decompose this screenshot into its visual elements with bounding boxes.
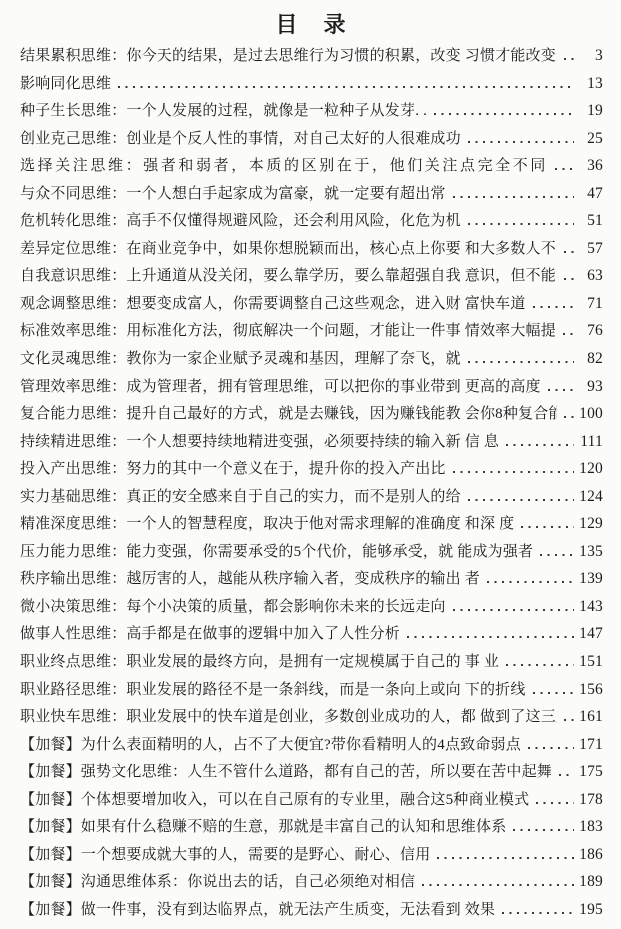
- dot-leader: [487, 581, 574, 583]
- entry-title: 【加餐】沟通思维体系：你说出去的话，自己必须绝对相信: [20, 869, 415, 897]
- dot-leader: [434, 113, 574, 115]
- dot-leader: [453, 609, 574, 611]
- toc-entry: 管理效率思维：成为管理者，拥有管理思维，可以把你的事业带到 更高的高度 93: [20, 373, 603, 401]
- page-title: 目 录: [20, 10, 603, 40]
- entry-page-number: 147: [579, 620, 603, 648]
- entry-page-number: 19: [579, 97, 603, 125]
- entry-title: 职业路径思维：职业发展的路径不是一条斜线，而是一条向上或向 下的折线: [20, 677, 526, 705]
- entry-title: 影响同化思维: [20, 71, 111, 99]
- entry-title: 【加餐】如果有什么稳赚不赔的生意，那就是丰富自己的认知和思维体系: [20, 814, 506, 842]
- toc-entry: 压力能力思维：能力变强，你需要承受的5个代价，能够承受，就 能成为强者 135: [20, 538, 603, 566]
- entry-title: 实力基础思维：真正的安全感来自于自己的实力，而不是别人的给: [20, 484, 461, 512]
- entry-title: 做事人性思维：高手都是在做事的逻辑中加入了人性分析: [20, 621, 400, 649]
- entry-title: 创业克己思维：创业是个反人性的事情，对自己太好的人很难成功: [20, 126, 461, 154]
- entry-page-number: 143: [579, 593, 603, 621]
- entry-title: 选择关注思维：强者和弱者，本质的区别在于，他们关注点完全不同: [20, 153, 548, 181]
- dot-leader: [563, 333, 574, 335]
- entry-title: 自我意识思维：上升通道从没关闭，要么靠学历，要么靠超强自我 意识，但不能没有: [20, 263, 557, 291]
- dot-leader: [564, 278, 574, 280]
- entry-page-number: 195: [579, 896, 603, 924]
- dot-leader: [468, 223, 574, 225]
- entry-page-number: 36: [579, 152, 603, 180]
- dot-leader: [533, 692, 574, 694]
- toc-entry: 差异定位思维：在商业竞争中，如果你想脱颖而出，核心点上你要 和大多数人不一样 5…: [20, 235, 603, 263]
- entry-page-number: 13: [579, 70, 603, 98]
- toc-entry: 影响同化思维 13: [20, 70, 603, 98]
- toc-entry: 【加餐】做一件事，没有到达临界点，就无法产生质变，无法看到 效果 195: [20, 896, 603, 924]
- dot-leader: [564, 719, 574, 721]
- dot-leader: [533, 306, 574, 308]
- dot-leader: [555, 168, 574, 170]
- toc-entry: 【加餐】如果有什么稳赚不赔的生意，那就是丰富自己的认知和思维体系 183: [20, 813, 603, 841]
- toc-entry: 【加餐】为什么表面精明的人，占不了大便宜?带你看精明人的4点致命弱点 171: [20, 731, 603, 759]
- dot-leader: [453, 471, 574, 473]
- entry-page-number: 63: [579, 262, 603, 290]
- entry-title: 职业终点思维：职业发展的最终方向，是拥有一定规模属于自己的 事 业: [20, 649, 499, 677]
- entry-page-number: 100: [579, 400, 603, 428]
- entry-page-number: 93: [579, 373, 603, 401]
- toc-entry: 精准深度思维：一个人的智慧程度，取决于他对需求理解的准确度 和深 度 129: [20, 510, 603, 538]
- entry-title: 管理效率思维：成为管理者，拥有管理思维，可以把你的事业带到 更高的高度: [20, 374, 541, 402]
- toc-entry: 职业路径思维：职业发展的路径不是一条斜线，而是一条向上或向 下的折线 156: [20, 676, 603, 704]
- toc-entry: 实力基础思维：真正的安全感来自于自己的实力，而不是别人的给 124: [20, 483, 603, 511]
- entry-page-number: 51: [579, 207, 603, 235]
- dot-leader: [118, 86, 574, 88]
- dot-leader: [506, 664, 574, 666]
- entry-page-number: 124: [579, 483, 603, 511]
- toc-entry: 标准效率思维：用标准化方法，彻底解决一个问题，才能让一件事 情效率大幅提 76: [20, 317, 603, 345]
- toc-entry: 投入产出思维：努力的其中一个意义在于，提升你的投入产出比 120: [20, 455, 603, 483]
- entry-page-number: 156: [579, 676, 603, 704]
- entry-page-number: 139: [579, 565, 603, 593]
- entry-title: 【加餐】强势文化思维：人生不管什么道路，都有自己的苦，所以要在苦中起舞: [20, 759, 552, 787]
- entry-title: 【加餐】一个想要成就大事的人，需要的是野心、耐心、信用: [20, 842, 430, 870]
- dot-leader: [540, 554, 574, 556]
- toc-entry: 自我意识思维：上升通道从没关闭，要么靠学历，要么靠超强自我 意识，但不能没有 6…: [20, 262, 603, 290]
- entry-page-number: 135: [579, 538, 603, 566]
- toc-entry: 文化灵魂思维：教你为一家企业赋予灵魂和基因，理解了奈飞，就 82: [20, 345, 603, 373]
- entry-page-number: 129: [579, 510, 603, 538]
- dot-leader: [528, 747, 574, 749]
- toc-entry: 【加餐】强势文化思维：人生不管什么道路，都有自己的苦，所以要在苦中起舞 175: [20, 758, 603, 786]
- entry-title: 与众不同思维：一个人想白手起家成为富豪，就一定要有超出常: [20, 181, 446, 209]
- entry-page-number: 120: [579, 455, 603, 483]
- dot-leader: [521, 526, 574, 528]
- entry-page-number: 57: [579, 235, 603, 263]
- toc-entry: 职业终点思维：职业发展的最终方向，是拥有一定规模属于自己的 事 业 151: [20, 648, 603, 676]
- entry-page-number: 47: [579, 180, 603, 208]
- entry-page-number: 76: [579, 317, 603, 345]
- entry-page-number: 175: [579, 758, 603, 786]
- toc-entry: 秩序输出思维：越厉害的人，越能从秩序输入者，变成秩序的输出 者 139: [20, 565, 603, 593]
- dot-leader: [536, 802, 574, 804]
- dot-leader: [506, 444, 574, 446]
- entry-page-number: 82: [579, 345, 603, 373]
- entry-title: 精准深度思维：一个人的智慧程度，取决于他对需求理解的准确度 和深 度: [20, 511, 514, 539]
- entry-title: 种子生长思维：一个人发展的过程，就像是一粒种子从发芽. .: [20, 98, 427, 126]
- entry-page-number: 111: [579, 428, 603, 456]
- toc-entry: 做事人性思维：高手都是在做事的逻辑中加入了人性分析 147: [20, 620, 603, 648]
- toc-entry: 与众不同思维：一个人想白手起家成为富豪，就一定要有超出常 47: [20, 180, 603, 208]
- toc-entry: 复合能力思维：提升自己最好的方式，就是去赚钱，因为赚钱能教 会你8种复合能力 1…: [20, 400, 603, 428]
- entry-title: 【加餐】为什么表面精明的人，占不了大便宜?带你看精明人的4点致命弱点: [20, 732, 521, 760]
- entry-page-number: 186: [579, 841, 603, 869]
- dot-leader: [513, 829, 574, 831]
- entry-title: 持续精进思维：一个人想要持续地精进变强，必须要持续的输入新 信 息: [20, 429, 499, 457]
- entry-title: 压力能力思维：能力变强，你需要承受的5个代价，能够承受，就 能成为强者: [20, 539, 533, 567]
- toc-entry: 【加餐】个体想要增加收入，可以在自己原有的专业里，融合这5种商业模式 178: [20, 786, 603, 814]
- entry-page-number: 25: [579, 125, 603, 153]
- toc-entry: 【加餐】一个想要成就大事的人，需要的是野心、耐心、信用 186: [20, 841, 603, 869]
- dot-leader: [564, 416, 574, 418]
- toc-list: 结果累积思维：你今天的结果，是过去思维行为习惯的积累，改变 习惯才能改变未来 3…: [20, 42, 603, 924]
- entry-title: 投入产出思维：努力的其中一个意义在于，提升你的投入产出比: [20, 456, 446, 484]
- dot-leader: [468, 141, 574, 143]
- dot-leader: [468, 361, 574, 363]
- entry-title: 文化灵魂思维：教你为一家企业赋予灵魂和基因，理解了奈飞，就: [20, 346, 461, 374]
- toc-entry: 选择关注思维：强者和弱者，本质的区别在于，他们关注点完全不同 36: [20, 152, 603, 180]
- toc-entry: 持续精进思维：一个人想要持续地精进变强，必须要持续的输入新 信 息 111: [20, 428, 603, 456]
- entry-title: 观念调整思维：想要变成富人，你需要调整自己这些观念，进入财 富快车道: [20, 291, 526, 319]
- dot-leader: [468, 499, 574, 501]
- dot-leader: [453, 196, 574, 198]
- entry-page-number: 151: [579, 648, 603, 676]
- entry-page-number: 178: [579, 786, 603, 814]
- dot-leader: [548, 389, 574, 391]
- dot-leader: [422, 884, 574, 886]
- entry-title: 危机转化思维：高手不仅懂得规避风险，还会利用风险，化危为机: [20, 208, 461, 236]
- dot-leader: [407, 636, 574, 638]
- entry-title: 秩序输出思维：越厉害的人，越能从秩序输入者，变成秩序的输出 者: [20, 566, 480, 594]
- dot-leader: [564, 58, 574, 60]
- entry-title: 标准效率思维：用标准化方法，彻底解决一个问题，才能让一件事 情效率大幅提: [20, 318, 556, 346]
- toc-entry: 观念调整思维：想要变成富人，你需要调整自己这些观念，进入财 富快车道 71: [20, 290, 603, 318]
- entry-title: 微小决策思维：每个小决策的质量，都会影响你未来的长远走向: [20, 594, 446, 622]
- toc-entry: 职业快车思维：职业发展中的快车道是创业，多数创业成功的人，都 做到了这三点 16…: [20, 703, 603, 731]
- toc-page: 目 录 结果累积思维：你今天的结果，是过去思维行为习惯的积累，改变 习惯才能改变…: [0, 0, 621, 929]
- toc-entry: 危机转化思维：高手不仅懂得规避风险，还会利用风险，化危为机 51: [20, 207, 603, 235]
- toc-entry: 创业克己思维：创业是个反人性的事情，对自己太好的人很难成功 25: [20, 125, 603, 153]
- entry-page-number: 171: [579, 731, 603, 759]
- entry-title: 复合能力思维：提升自己最好的方式，就是去赚钱，因为赚钱能教 会你8种复合能力: [20, 401, 557, 429]
- entry-page-number: 189: [579, 868, 603, 896]
- dot-leader: [564, 251, 574, 253]
- entry-page-number: 161: [579, 703, 603, 731]
- dot-leader: [559, 774, 574, 776]
- entry-page-number: 3: [579, 42, 603, 70]
- entry-title: 差异定位思维：在商业竞争中，如果你想脱颖而出，核心点上你要 和大多数人不一样: [20, 236, 557, 264]
- entry-page-number: 183: [579, 813, 603, 841]
- entry-title: 【加餐】个体想要增加收入，可以在自己原有的专业里，融合这5种商业模式: [20, 787, 529, 815]
- entry-title: 职业快车思维：职业发展中的快车道是创业，多数创业成功的人，都 做到了这三点: [20, 704, 557, 732]
- entry-title: 结果累积思维：你今天的结果，是过去思维行为习惯的积累，改变 习惯才能改变未来: [20, 43, 557, 71]
- dot-leader: [437, 857, 574, 859]
- dot-leader: [502, 912, 574, 914]
- toc-entry: 结果累积思维：你今天的结果，是过去思维行为习惯的积累，改变 习惯才能改变未来 3: [20, 42, 603, 70]
- toc-entry: 种子生长思维：一个人发展的过程，就像是一粒种子从发芽. . 19: [20, 97, 603, 125]
- entry-title: 【加餐】做一件事，没有到达临界点，就无法产生质变，无法看到 效果: [20, 897, 495, 925]
- toc-entry: 微小决策思维：每个小决策的质量，都会影响你未来的长远走向 143: [20, 593, 603, 621]
- entry-page-number: 71: [579, 290, 603, 318]
- toc-entry: 【加餐】沟通思维体系：你说出去的话，自己必须绝对相信 189: [20, 868, 603, 896]
